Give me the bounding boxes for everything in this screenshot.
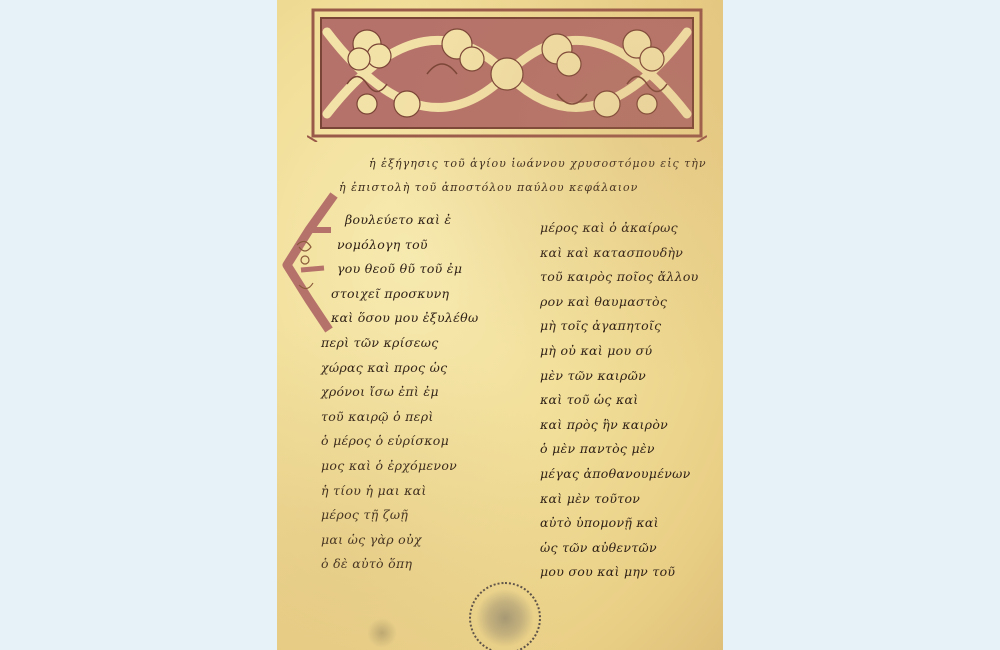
- ink-blot-icon: [367, 618, 397, 648]
- text-line: μέρος καὶ ὁ ἀκαίρως: [540, 220, 699, 245]
- title-line-1: ἡ ἐξήγησις τοῦ ἁγίου ἰωάννου χρυσοστόμου…: [369, 157, 707, 170]
- text-line: μαι ὡς γὰρ οὐχ: [321, 532, 478, 557]
- text-line: μὴ οὐ καὶ μου σύ: [540, 343, 699, 368]
- text-line: μὴ τοῖς ἀγαπητοῖς: [540, 318, 699, 343]
- text-line: μέγας ἀποθανουμένων: [540, 466, 699, 491]
- text-line: καὶ καὶ κατασπουδὴν: [540, 245, 699, 270]
- text-line: βουλεύετο καὶ ἐ: [321, 212, 478, 237]
- text-line: περὶ τῶν κρίσεως: [321, 335, 478, 360]
- text-line: μος καὶ ὁ ἐρχόμενον: [321, 458, 478, 483]
- text-line: χρόνοι ἴσω ἐπὶ ἐμ: [321, 384, 478, 409]
- text-line: ὡς τῶν αὐθεντῶν: [540, 540, 699, 565]
- text-line: ὁ μέρος ὁ εὑρίσκομ: [321, 433, 478, 458]
- text-line: χώρας καὶ προς ὡς: [321, 360, 478, 385]
- text-line: ἡ τίου ἡ μαι καὶ: [321, 483, 478, 508]
- text-line: ὁ μὲν παντὸς μὲν: [540, 441, 699, 466]
- text-line: στοιχεῖ προσκυνη: [321, 286, 478, 311]
- text-line: μὲν τῶν καιρῶν: [540, 368, 699, 393]
- text-line: αὐτὸ ὑπομονῇ καὶ: [540, 515, 699, 540]
- manuscript-page: ἡ ἐξήγησις τοῦ ἁγίου ἰωάννου χρυσοστόμου…: [277, 0, 723, 650]
- right-text-column: μέρος καὶ ὁ ἀκαίρως καὶ καὶ κατασπουδὴν …: [540, 220, 699, 589]
- text-line: τοῦ καιρὸς ποῖος ἄλλου: [540, 269, 699, 294]
- text-line: ὁ δὲ αὐτὸ ὅπη: [321, 556, 478, 581]
- left-text-column: βουλεύετο καὶ ἐ νομόλογη τοῦ γου θεοῦ θῦ…: [321, 212, 478, 581]
- decorative-headpiece-icon: [307, 4, 707, 142]
- text-line: γου θεοῦ θῦ τοῦ ἐμ: [321, 261, 478, 286]
- text-line: καὶ πρὸς ἣν καιρὸν: [540, 417, 699, 442]
- text-line: καὶ ὅσου μου ἐξυλέθω: [321, 310, 478, 335]
- text-line: ρον καὶ θαυμαστὸς: [540, 294, 699, 319]
- text-line: νομόλογη τοῦ: [321, 237, 478, 262]
- text-line: καὶ τοῦ ὡς καὶ: [540, 392, 699, 417]
- title-line-2: ἡ ἐπιστολὴ τοῦ ἀποστόλου παύλου κεφάλαιο…: [339, 181, 638, 194]
- text-line: μέρος τῇ ζωῇ: [321, 507, 478, 532]
- text-line: μου σου καὶ μην τοῦ: [540, 564, 699, 589]
- text-line: τοῦ καιρῷ ὁ περὶ: [321, 409, 478, 434]
- text-line: καὶ μὲν τοῦτον: [540, 491, 699, 516]
- library-stamp-icon: [469, 582, 541, 650]
